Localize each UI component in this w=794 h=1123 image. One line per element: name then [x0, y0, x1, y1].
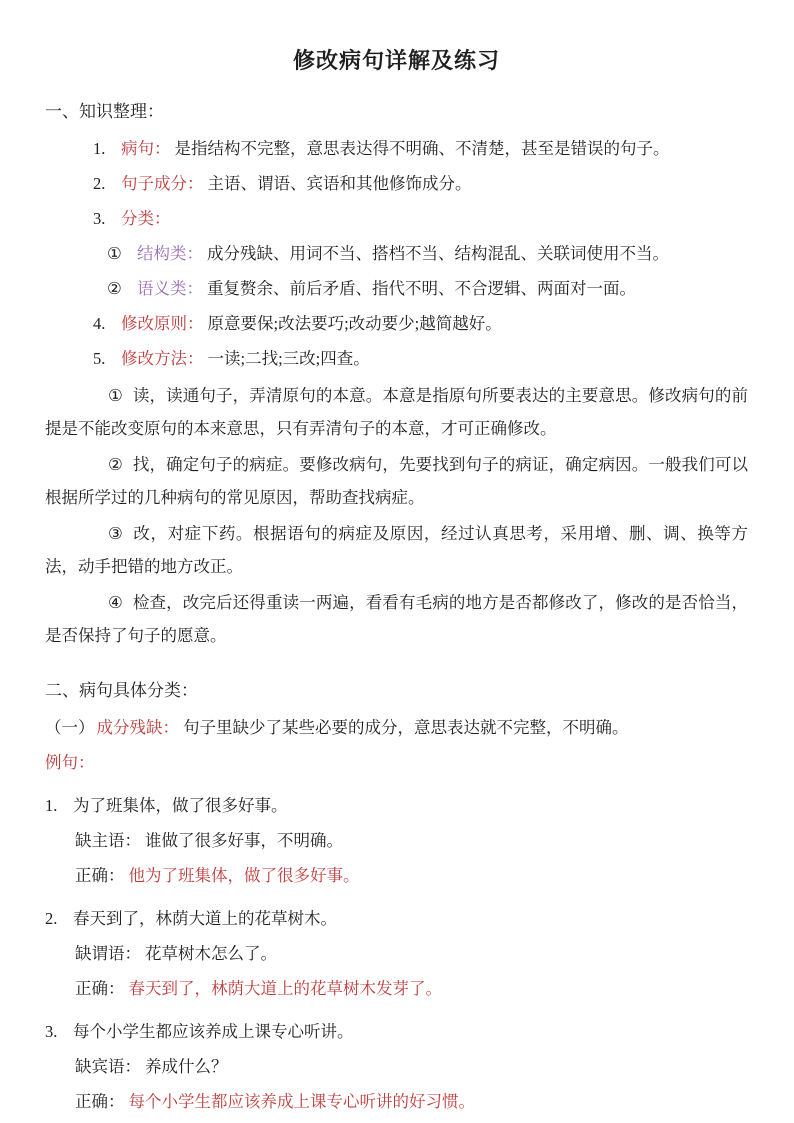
- subtype-item: ① 结构类：成分残缺、用词不当、搭档不当、结构混乱、关联词使用不当。: [107, 236, 748, 271]
- step-number: ④: [108, 593, 123, 612]
- item-content: 病句：是指结构不完整，意思表达得不明确、不清楚，甚至是错误的句子。: [121, 131, 670, 166]
- example-sentence: 每个小学生都应该养成上课专心听讲。: [73, 1014, 354, 1049]
- example-sentence: 为了班集体，做了很多好事。: [73, 788, 288, 823]
- item-label: 修改方法：: [121, 349, 204, 368]
- example-sentence-row: 1. 为了班集体，做了很多好事。: [45, 788, 748, 823]
- correct-text: 他为了班集体，做了很多好事。: [129, 866, 360, 885]
- problem-text: 花草树木怎么了。: [145, 944, 277, 963]
- category-text: 句子里缺少了某些必要的成分，意思表达就不完整，不明确。: [183, 718, 629, 737]
- step-number: ②: [108, 455, 123, 474]
- item-label: 病句：: [121, 139, 171, 158]
- item-number: 1.: [93, 131, 121, 166]
- correct-row: 正确：他为了班集体，做了很多好事。: [75, 858, 748, 893]
- example-item: 2. 春天到了，林荫大道上的花草树木。 缺谓语：花草树木怎么了。 正确：春天到了…: [45, 901, 748, 1006]
- example-sentence: 春天到了，林荫大道上的花草树木。: [73, 901, 337, 936]
- item-number: 5.: [93, 341, 121, 376]
- item-text: 原意要保;改法要巧;改动要少;越简越好。: [208, 314, 502, 333]
- subtype-content: 结构类：成分残缺、用词不当、搭档不当、结构混乱、关联词使用不当。: [137, 236, 669, 271]
- method-step: ②找，确定句子的病症。要修改病句，先要找到句子的病证，确定病因。一般我们可以根据…: [45, 448, 748, 514]
- example-number: 2.: [45, 901, 73, 936]
- subtype-number: ②: [107, 271, 137, 306]
- item-label: 分类：: [121, 209, 171, 228]
- correct-label: 正确：: [75, 979, 125, 998]
- section2-heading: 二、病句具体分类：: [45, 672, 748, 710]
- correct-text: 每个小学生都应该养成上课专心听讲的好习惯。: [129, 1092, 476, 1111]
- problem-label: 缺谓语：: [75, 944, 141, 963]
- subtype-text: 重复赘余、前后矛盾、指代不明、不合逻辑、两面对一面。: [207, 279, 636, 298]
- section1-heading: 一、知识整理：: [45, 93, 748, 131]
- knowledge-item: 2. 句子成分：主语、谓语、宾语和其他修饰成分。: [93, 166, 748, 201]
- correct-row: 正确：每个小学生都应该养成上课专心听讲的好习惯。: [75, 1084, 748, 1119]
- knowledge-item: 5. 修改方法：一读;二找;三改;四查。: [93, 341, 748, 376]
- method-step: ③改，对症下药。根据语句的病症及原因，经过认真思考，采用增、删、调、换等方法，动…: [45, 517, 748, 583]
- examples-label: 例句：: [45, 745, 748, 780]
- problem-label: 缺主语：: [75, 831, 141, 850]
- example-number: 1.: [45, 788, 73, 823]
- problem-label: 缺宾语：: [75, 1057, 141, 1076]
- step-text: 读，读通句子，弄清原句的本意。本意是指原句所要表达的主要意思。修改病句的前提是不…: [45, 386, 748, 438]
- item-label: 句子成分：: [121, 174, 204, 193]
- step-text: 检查，改完后还得重读一两遍，看看有毛病的地方是否都修改了，修改的是否恰当，是否保…: [45, 593, 748, 645]
- problem-row: 缺谓语：花草树木怎么了。: [75, 936, 748, 971]
- subtype-label: 语义类：: [137, 279, 203, 298]
- knowledge-item: 1. 病句：是指结构不完整，意思表达得不明确、不清楚，甚至是错误的句子。: [93, 131, 748, 166]
- knowledge-item: 3. 分类：: [93, 201, 748, 236]
- subtype-content: 语义类：重复赘余、前后矛盾、指代不明、不合逻辑、两面对一面。: [137, 271, 636, 306]
- item-content: 修改原则：原意要保;改法要巧;改动要少;越简越好。: [121, 306, 502, 341]
- example-sentence-row: 3. 每个小学生都应该养成上课专心听讲。: [45, 1014, 748, 1049]
- correct-label: 正确：: [75, 1092, 125, 1111]
- step-number: ①: [108, 386, 123, 405]
- item-text: 主语、谓语、宾语和其他修饰成分。: [208, 174, 472, 193]
- correct-row: 正确：春天到了，林荫大道上的花草树木发芽了。: [75, 971, 748, 1006]
- item-text: 是指结构不完整，意思表达得不明确、不清楚，甚至是错误的句子。: [175, 139, 670, 158]
- step-text: 改，对症下药。根据语句的病症及原因，经过认真思考，采用增、删、调、换等方法，动手…: [45, 524, 748, 576]
- item-content: 句子成分：主语、谓语、宾语和其他修饰成分。: [121, 166, 472, 201]
- problem-row: 缺主语：谁做了很多好事，不明确。: [75, 823, 748, 858]
- document-title: 修改病句详解及练习: [45, 44, 748, 75]
- item-number: 3.: [93, 201, 121, 236]
- item-label: 修改原则：: [121, 314, 204, 333]
- example-number: 3.: [45, 1014, 73, 1049]
- item-content: 分类：: [121, 201, 175, 236]
- subtype-text: 成分残缺、用词不当、搭档不当、结构混乱、关联词使用不当。: [207, 244, 669, 263]
- document-page: 修改病句详解及练习 一、知识整理： 1. 病句：是指结构不完整，意思表达得不明确…: [0, 0, 794, 1123]
- correct-label: 正确：: [75, 866, 125, 885]
- subtype-number: ①: [107, 236, 137, 271]
- correct-text: 春天到了，林荫大道上的花草树木发芽了。: [129, 979, 443, 998]
- example-item: 1. 为了班集体，做了很多好事。 缺主语：谁做了很多好事，不明确。 正确：他为了…: [45, 788, 748, 893]
- subtype-item: ② 语义类：重复赘余、前后矛盾、指代不明、不合逻辑、两面对一面。: [107, 271, 748, 306]
- problem-text: 养成什么？: [145, 1057, 228, 1076]
- item-text: 一读;二找;三改;四查。: [208, 349, 370, 368]
- step-text: 找，确定句子的病症。要修改病句，先要找到句子的病证，确定病因。一般我们可以根据所…: [45, 455, 748, 507]
- item-number: 4.: [93, 306, 121, 341]
- category-number: （一）: [45, 718, 95, 737]
- category-label: 成分残缺：: [97, 718, 180, 737]
- category-line: （一）成分残缺：句子里缺少了某些必要的成分，意思表达就不完整，不明确。: [45, 710, 748, 745]
- example-item: 3. 每个小学生都应该养成上课专心听讲。 缺宾语：养成什么？ 正确：每个小学生都…: [45, 1014, 748, 1119]
- item-content: 修改方法：一读;二找;三改;四查。: [121, 341, 370, 376]
- problem-row: 缺宾语：养成什么？: [75, 1049, 748, 1084]
- example-sentence-row: 2. 春天到了，林荫大道上的花草树木。: [45, 901, 748, 936]
- method-step: ①读，读通句子，弄清原句的本意。本意是指原句所要表达的主要意思。修改病句的前提是…: [45, 379, 748, 445]
- problem-text: 谁做了很多好事，不明确。: [145, 831, 343, 850]
- method-step: ④检查，改完后还得重读一两遍，看看有毛病的地方是否都修改了，修改的是否恰当，是否…: [45, 586, 748, 652]
- knowledge-item: 4. 修改原则：原意要保;改法要巧;改动要少;越简越好。: [93, 306, 748, 341]
- step-number: ③: [108, 524, 123, 543]
- item-number: 2.: [93, 166, 121, 201]
- subtype-label: 结构类：: [137, 244, 203, 263]
